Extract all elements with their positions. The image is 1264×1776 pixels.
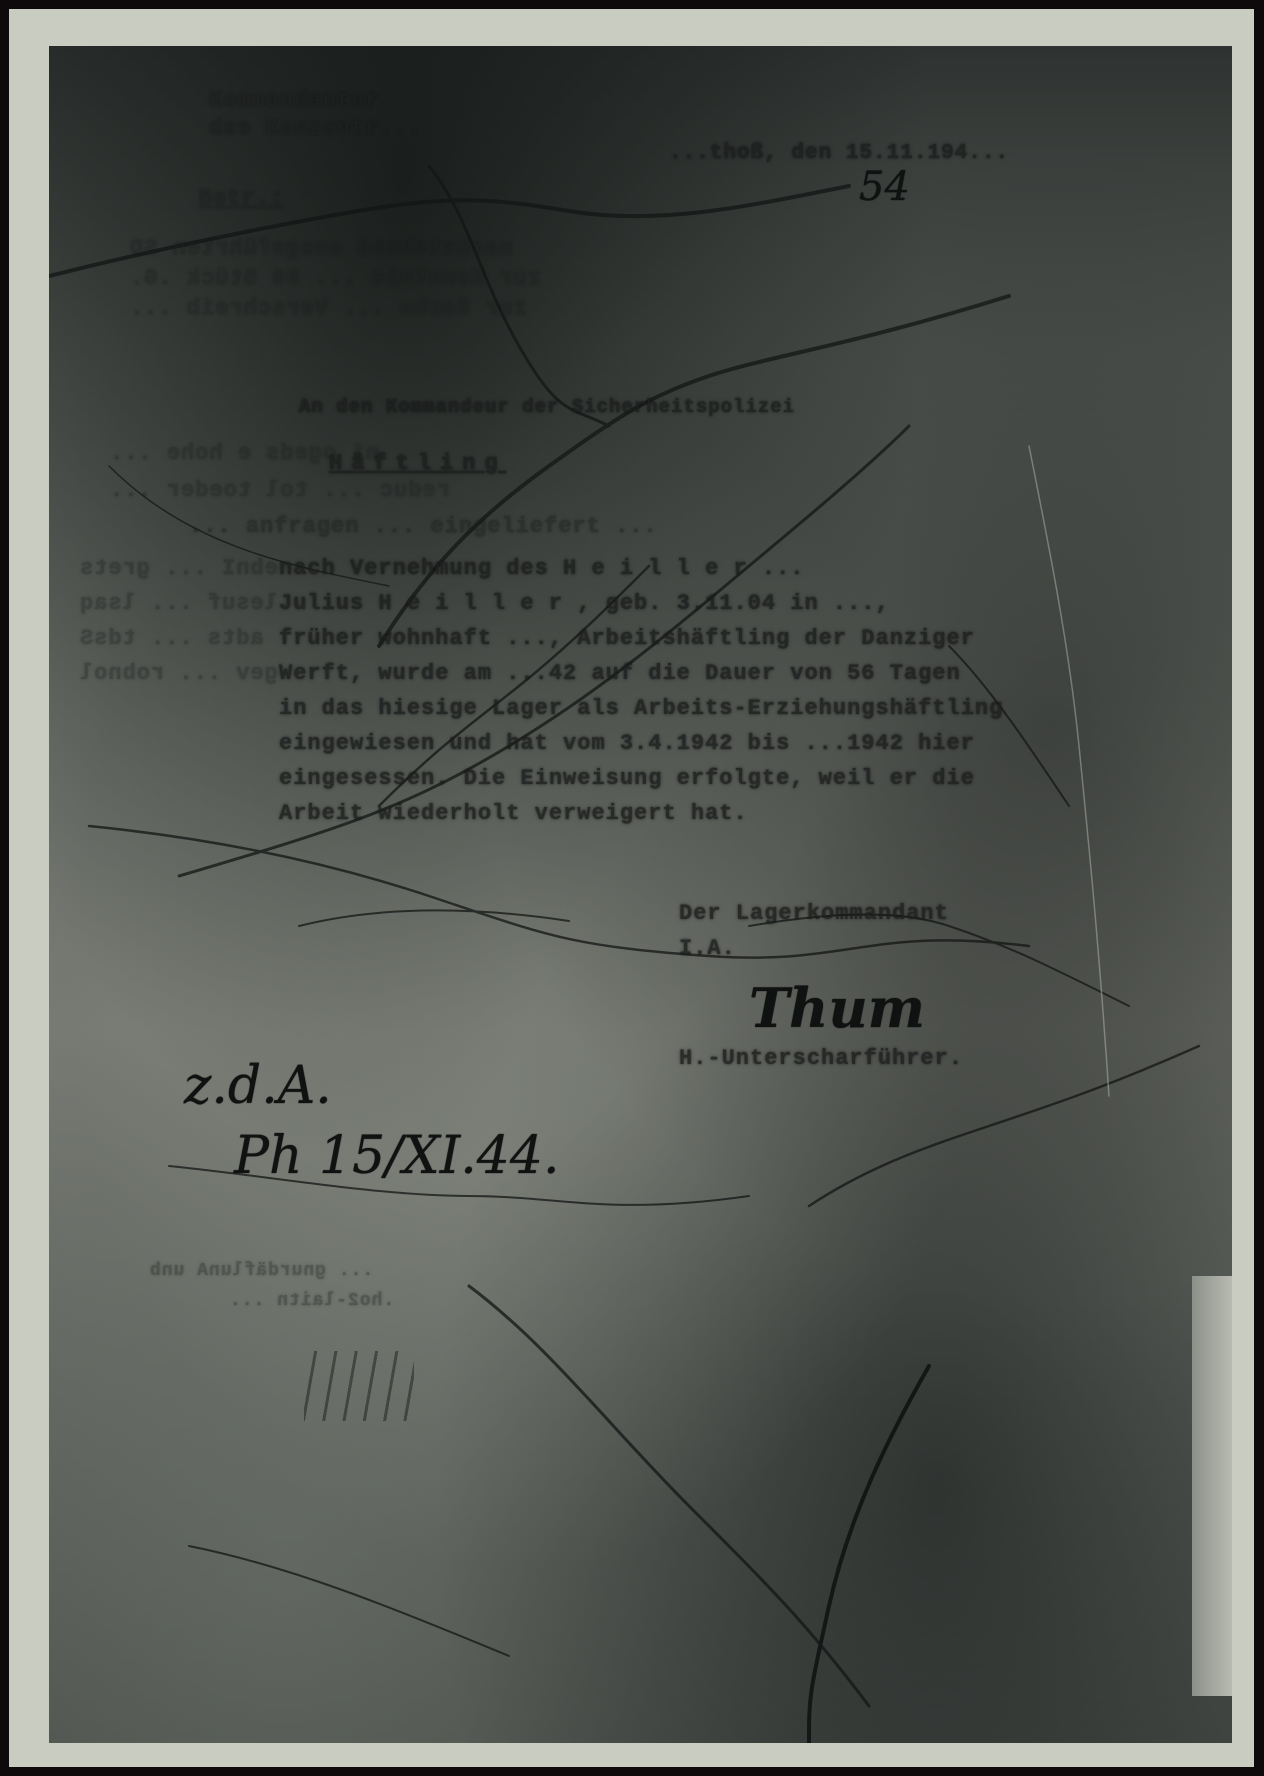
photo-mount-frame: Kommandantur des Konzentr... ...thoß, de… (9, 9, 1254, 1767)
show-through-text: zur Kenntnis ... 80 Stück .G. (129, 266, 541, 291)
sender-line-2: des Konzentr... (209, 116, 422, 141)
signature-rank: H.-Unterscharführer. (679, 1046, 963, 1071)
body-line-1: nach Vernehmung des H e i l l e r ... (279, 556, 804, 581)
body-line-7: eingesessen. Die Einweisung erfolgte, we… (279, 766, 975, 791)
obscured-line: ... anfragen ... eingeliefert ... (189, 514, 658, 539)
handwritten-note-line-1: z.d.A. (184, 1056, 332, 1116)
handwritten-signature: Thum (749, 976, 925, 1040)
body-line-5: in das hiesige Lager als Arbeits-Erziehu… (279, 696, 1003, 721)
body-line-2: Julius H e i l l e r , geb. 3.11.04 in .… (279, 591, 890, 616)
body-line-3: früher wohnhaft ..., Arbeitshäftling der… (279, 626, 975, 651)
show-through-text: adts ... tdsS (79, 626, 264, 651)
document-photograph: Kommandantur des Konzentr... ...thoß, de… (49, 46, 1232, 1743)
place-date: ...thoß, den 15.11.194... (669, 142, 1009, 165)
show-through-text: nachstehend ausgeführten SD (129, 236, 512, 261)
addressee-line: An den Kommandeur der Sicherheitspolizei (299, 396, 795, 418)
show-through-text: zur Sache ... Verschreib ... (129, 296, 527, 321)
show-through-text: ebnI ... grets (79, 556, 278, 581)
signature-on-behalf: I.A. (679, 936, 736, 961)
sender-line-1: Kommandantur (209, 88, 379, 113)
show-through-text: reduc ... tol toeder ... (109, 478, 450, 503)
show-through-text: .ho2-laitn ... (229, 1291, 394, 1311)
torn-edge (1192, 1276, 1232, 1696)
reference-line: Betr.: (199, 186, 284, 211)
show-through-text: lesuf ... lsaq (79, 591, 278, 616)
handwritten-note-line-2: Ph 15/XI.44. (234, 1126, 559, 1186)
body-line-4: Werft, wurde am ...42 auf die Dauer von … (279, 661, 961, 686)
show-through-text: ... gnurdäflunA unb (149, 1261, 373, 1281)
body-line-8: Arbeit wiederholt verweigert hat. (279, 801, 748, 826)
body-line-6: eingewiesen und hat vom 3.4.1942 bis ...… (279, 731, 975, 756)
folio-number: 54 (859, 164, 910, 210)
show-through-text: gev ... robnol (79, 661, 278, 686)
signature-title: Der Lagerkommandant (679, 901, 949, 926)
subject-line: Häftling (329, 451, 507, 476)
handwritten-tally-marks (304, 1351, 414, 1421)
